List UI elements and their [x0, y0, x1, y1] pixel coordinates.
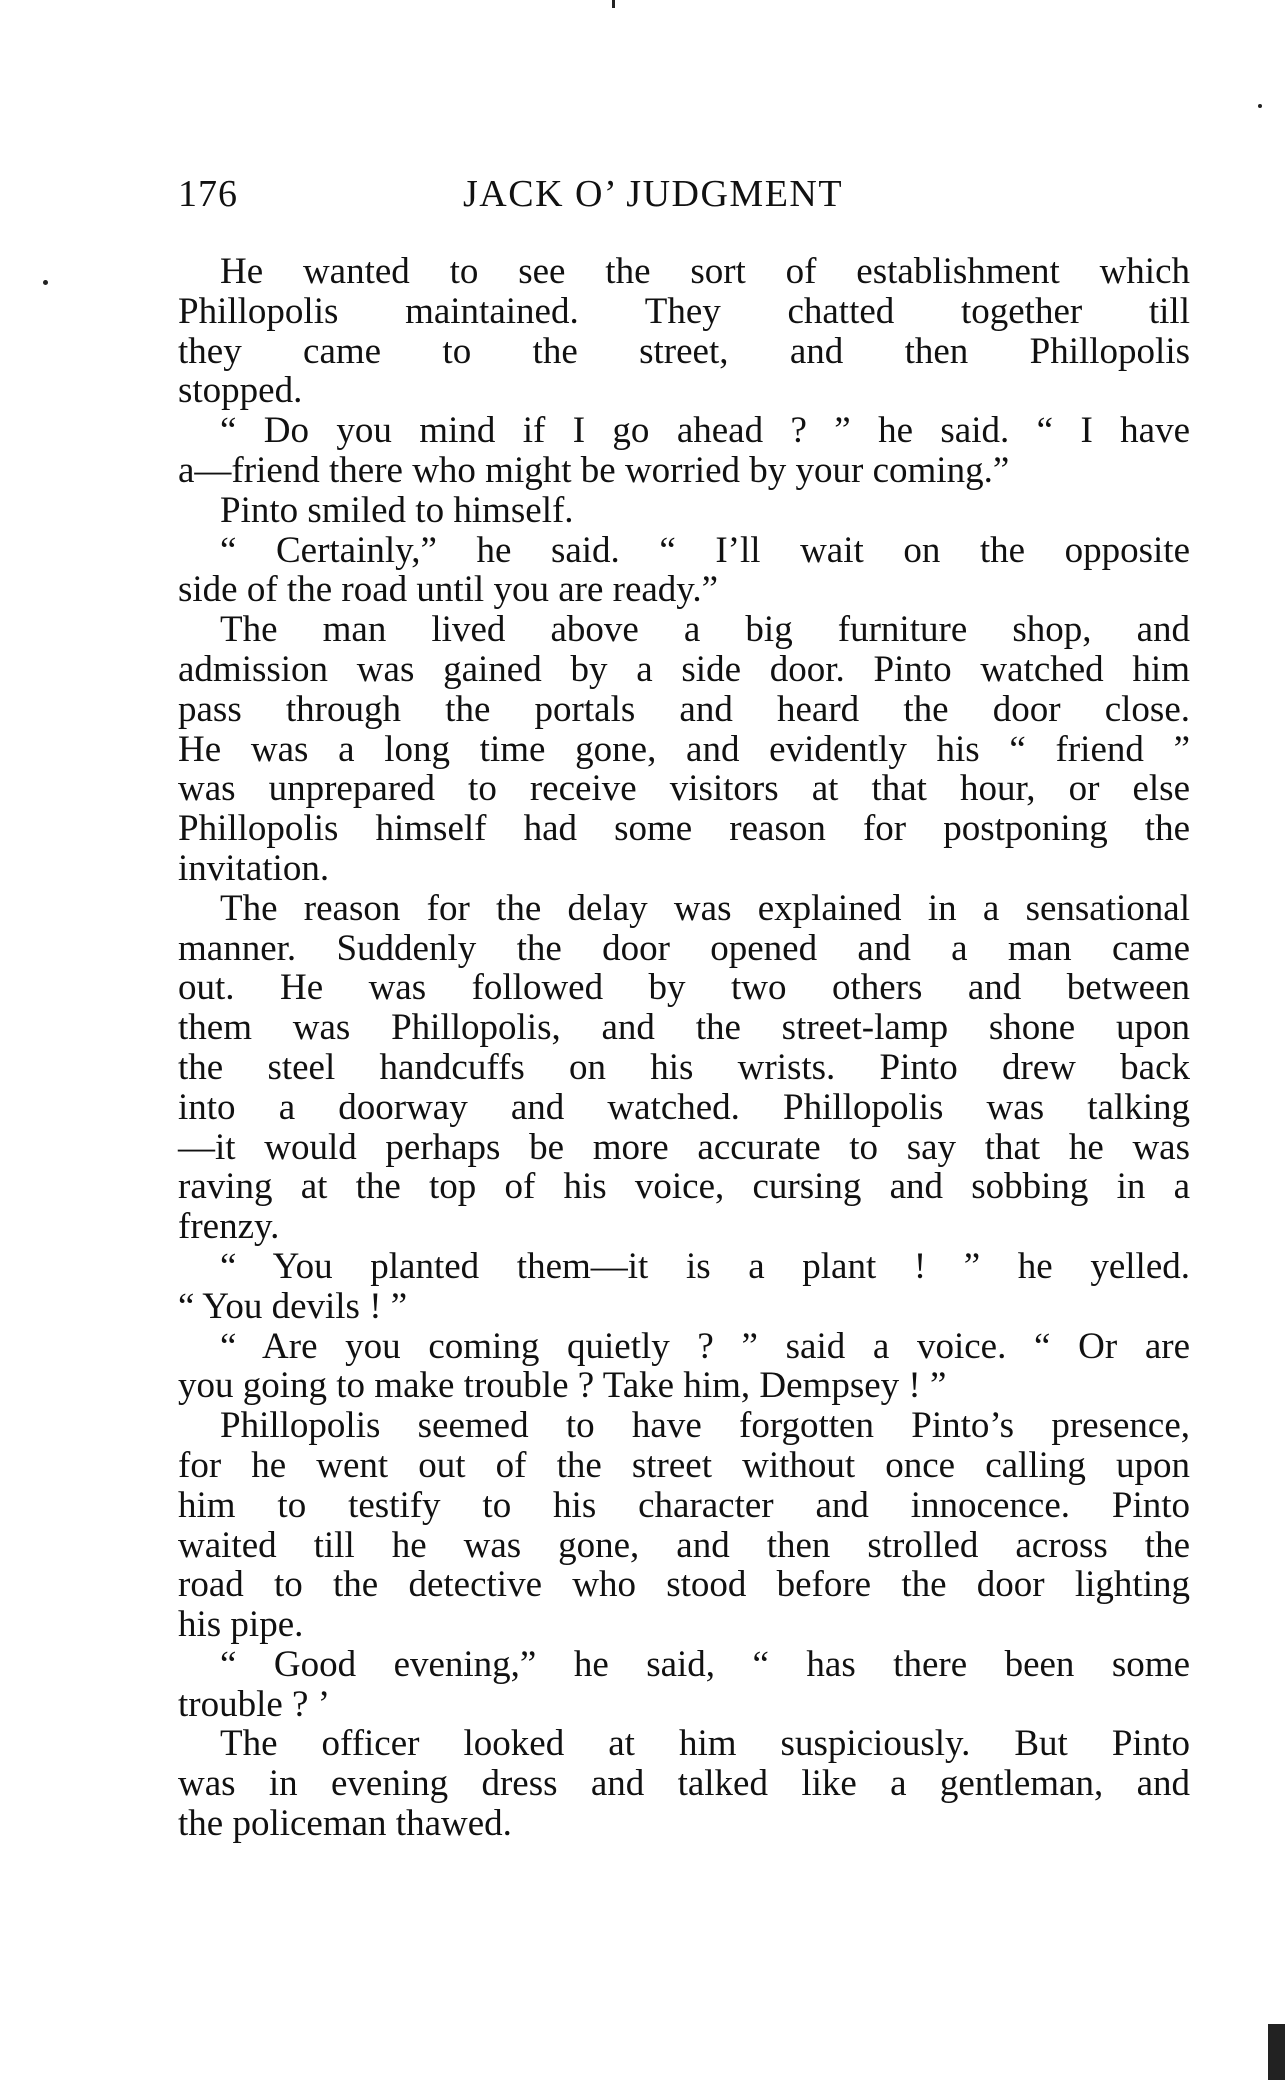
text-line: Phillopolis seemed to have forgotten Pin…	[178, 1406, 1190, 1446]
text-line: for he went out of the street without on…	[178, 1446, 1190, 1486]
body-text: He wanted to see the sort of establishme…	[178, 252, 1190, 1844]
text-line: The man lived above a big furniture shop…	[178, 610, 1190, 650]
text-line: him to testify to his character and inno…	[178, 1486, 1190, 1526]
text-line: The officer looked at him suspiciously. …	[178, 1724, 1190, 1764]
text-line: trouble ? ’	[178, 1685, 1190, 1725]
text-line: manner. Suddenly the door opened and a m…	[178, 929, 1190, 969]
text-line: “ Certainly,” he said. “ I’ll wait on th…	[178, 531, 1190, 571]
text-line: into a doorway and watched. Phillopolis …	[178, 1088, 1190, 1128]
running-title: JACK O’ JUDGMENT	[463, 172, 843, 216]
text-line: them was Phillopolis, and the street-lam…	[178, 1008, 1190, 1048]
text-line: side of the road until you are ready.”	[178, 570, 1190, 610]
text-line: was in evening dress and talked like a g…	[178, 1764, 1190, 1804]
text-line: a—friend there who might be worried by y…	[178, 451, 1190, 491]
text-line: raving at the top of his voice, cursing …	[178, 1167, 1190, 1207]
text-line: He wanted to see the sort of establishme…	[178, 252, 1190, 292]
text-line: stopped.	[178, 371, 1190, 411]
page-number: 176	[178, 172, 238, 216]
text-line: Phillopolis himself had some reason for …	[178, 809, 1190, 849]
text-line: “ Good evening,” he said, “ has there be…	[178, 1645, 1190, 1685]
text-line: the steel handcuffs on his wrists. Pinto…	[178, 1048, 1190, 1088]
text-line: was unprepared to receive visitors at th…	[178, 769, 1190, 809]
text-line: waited till he was gone, and then stroll…	[178, 1526, 1190, 1566]
scan-edge-mark	[1268, 2024, 1285, 2080]
text-line: pass through the portals and heard the d…	[178, 690, 1190, 730]
scan-speck	[43, 280, 48, 285]
text-line: “ Do you mind if I go ahead ? ” he said.…	[178, 411, 1190, 451]
text-line: his pipe.	[178, 1605, 1190, 1645]
book-page: 176 JACK O’ JUDGMENT He wanted to see th…	[0, 0, 1285, 2080]
text-line: invitation.	[178, 849, 1190, 889]
text-line: out. He was followed by two others and b…	[178, 968, 1190, 1008]
text-line: frenzy.	[178, 1207, 1190, 1247]
text-line: admission was gained by a side door. Pin…	[178, 650, 1190, 690]
text-line: “ You planted them—it is a plant ! ” he …	[178, 1247, 1190, 1287]
text-line: “ Are you coming quietly ? ” said a voic…	[178, 1327, 1190, 1367]
text-line: you going to make trouble ? Take him, De…	[178, 1366, 1190, 1406]
scan-speck	[1258, 104, 1262, 108]
text-line: Pinto smiled to himself.	[178, 491, 1190, 531]
page-header: 176 JACK O’ JUDGMENT	[178, 172, 1190, 222]
text-line: He was a long time gone, and evidently h…	[178, 730, 1190, 770]
text-line: The reason for the delay was explained i…	[178, 889, 1190, 929]
scan-speck	[612, 0, 615, 8]
text-line: —it would perhaps be more accurate to sa…	[178, 1128, 1190, 1168]
text-line: “ You devils ! ”	[178, 1287, 1190, 1327]
text-line: they came to the street, and then Phillo…	[178, 332, 1190, 372]
text-line: Phillopolis maintained. They chatted tog…	[178, 292, 1190, 332]
text-line: the policeman thawed.	[178, 1804, 1190, 1844]
text-line: road to the detective who stood before t…	[178, 1565, 1190, 1605]
